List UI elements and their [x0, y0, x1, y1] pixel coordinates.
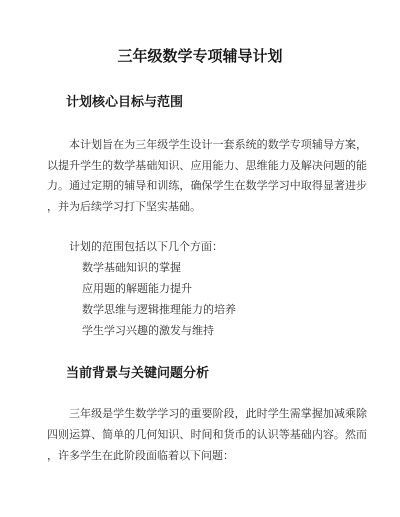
scope-list-item: 数学基础知识的掌握: [82, 258, 367, 279]
paragraph-plan-overview: 本计划旨在为三年级学生设计一套系统的数学专项辅导方案，以提升学生的数学基础知识、…: [47, 135, 367, 217]
scope-list: 数学基础知识的掌握 应用题的解题能力提升 数学思维与逻辑推理能力的培养 学生学习…: [0, 258, 400, 342]
document-title: 三年级数学专项辅导计划: [0, 47, 400, 67]
paragraph-background-analysis: 三年级是学生数学学习的重要阶段，此时学生需掌握加减乘除四则运算、简单的几何知识、…: [47, 404, 367, 467]
scope-list-intro: 计划的范围包括以下几个方面：: [47, 237, 367, 258]
scope-list-item: 应用题的解题能力提升: [82, 279, 367, 300]
section-heading-goals: 计划核心目标与范围: [66, 94, 400, 110]
section-heading-background: 当前背景与关键问题分析: [66, 365, 400, 381]
scope-list-item: 学生学习兴趣的激发与维持: [82, 321, 367, 342]
scope-list-item: 数学思维与逻辑推理能力的培养: [82, 300, 367, 321]
document-page: 三年级数学专项辅导计划 计划核心目标与范围 本计划旨在为三年级学生设计一套系统的…: [0, 0, 400, 517]
